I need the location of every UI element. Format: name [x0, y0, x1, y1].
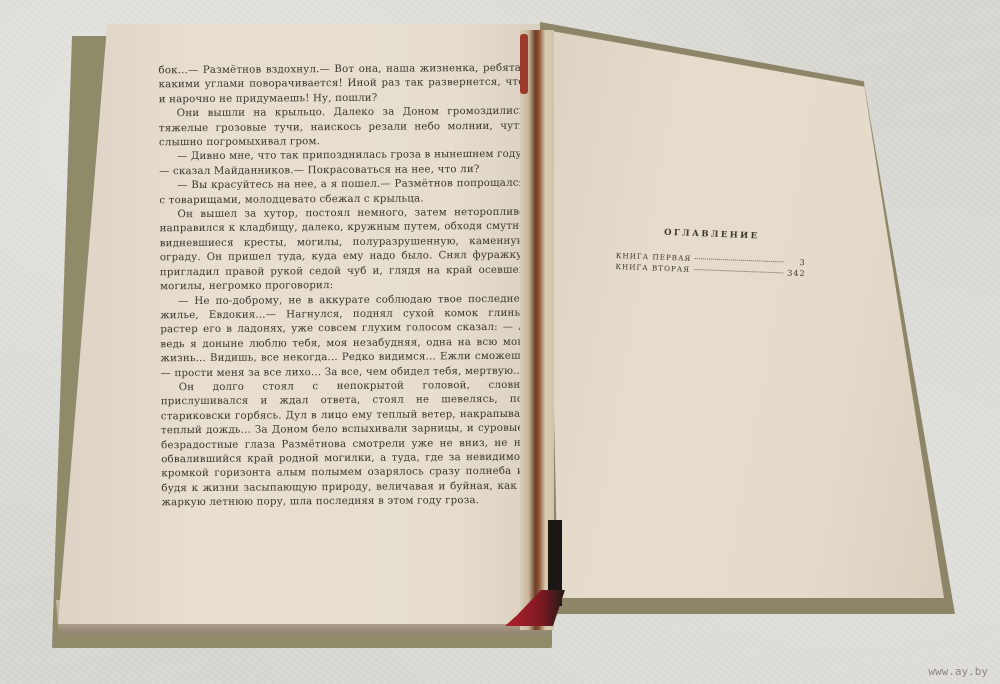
toc-entry-page: 342 [787, 268, 805, 280]
spine-headband [520, 34, 528, 94]
paragraph: — Дивно мне, что так припозднилась гроза… [159, 148, 525, 179]
table-of-contents: ОГЛАВЛЕНИЕ КНИГА ПЕРВАЯ 3 КНИГА ВТОРАЯ 3… [615, 226, 807, 279]
toc-entry-page: 3 [788, 257, 806, 269]
paragraph: Он долго стоял с непокрытой головой, сло… [161, 379, 528, 511]
paragraph: бок...— Размётнов вздохнул.— Вот она, на… [158, 62, 524, 108]
paragraph: — Не по-доброму, не в аккурате соблюдаю … [160, 292, 527, 381]
left-page-text: бок...— Размётнов вздохнул.— Вот она, на… [158, 62, 527, 511]
paragraph: Они вышли на крыльцо. Далеко за Доном гр… [159, 105, 525, 151]
toc-leader-dots [694, 269, 783, 273]
paragraph: Он вышел за хутор, постоял немного, зате… [159, 206, 526, 295]
paragraph: — Вы красуйтесь на нее, а я пошел.— Разм… [159, 177, 525, 208]
toc-leader-dots [695, 258, 784, 262]
watermark: www.ay.by [928, 665, 988, 678]
